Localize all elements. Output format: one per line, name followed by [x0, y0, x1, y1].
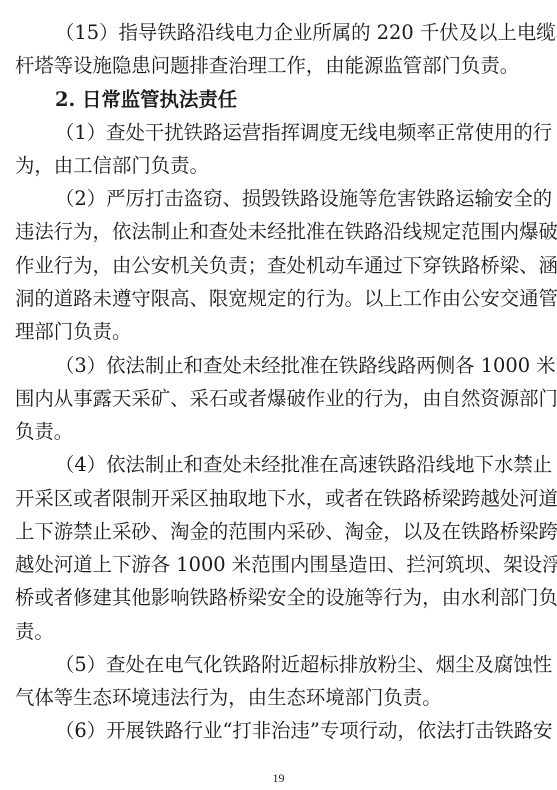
- paragraph-2-line-5: 理部门负责。: [15, 320, 487, 344]
- paragraph-2-line-1: （2）严厉打击盗窃、损毁铁路设施等危害铁路运输安全的: [55, 187, 487, 211]
- paragraph-15-line-2: 杆塔等设施隐患问题排查治理工作，由能源监管部门负责。: [15, 54, 487, 78]
- paragraph-4-line-6: 责。: [15, 620, 487, 644]
- paragraph-5-line-2: 气体等生态环境违法行为，由生态环境部门负责。: [15, 686, 487, 710]
- paragraph-2-line-4: 洞的道路未遵守限高、限宽规定的行为。以上工作由公安交通管: [15, 287, 487, 311]
- paragraph-5-line-1: （5）查处在电气化铁路附近超标排放粉尘、烟尘及腐蚀性: [55, 653, 487, 677]
- paragraph-4-line-1: （4）依法制止和查处未经批准在高速铁路沿线地下水禁止: [55, 453, 487, 477]
- paragraph-4-line-3: 上下游禁止采砂、淘金的范围内采砂、淘金，以及在铁路桥梁跨: [15, 520, 487, 544]
- paragraph-1-line-2: 为，由工信部门负责。: [15, 154, 487, 178]
- paragraph-1-line-1: （1）查处干扰铁路运营指挥调度无线电频率正常使用的行: [55, 121, 487, 145]
- page-number: 19: [0, 771, 557, 786]
- paragraph-15-line-1: （15）指导铁路沿线电力企业所属的 220 千伏及以上电缆、: [55, 21, 487, 45]
- paragraph-4-line-4: 越处河道上下游各 1000 米范围内围垦造田、拦河筑坝、架设浮: [15, 553, 487, 577]
- paragraph-3-line-1: （3）依法制止和查处未经批准在铁路线路两侧各 1000 米范: [55, 354, 487, 378]
- section-heading: 2. 日常监管执法责任: [55, 88, 487, 112]
- paragraph-4-line-5: 桥或者修建其他影响铁路桥梁安全的设施等行为，由水利部门负: [15, 586, 487, 610]
- paragraph-3-line-2: 围内从事露天采矿、采石或者爆破作业的行为，由自然资源部门: [15, 387, 487, 411]
- paragraph-6-line-1: （6）开展铁路行业“打非治违”专项行动，依法打击铁路安: [55, 719, 487, 743]
- paragraph-2-line-2: 违法行为，依法制止和查处未经批准在铁路沿线规定范围内爆破: [15, 220, 487, 244]
- paragraph-3-line-3: 负责。: [15, 420, 487, 444]
- document-page: （15）指导铁路沿线电力企业所属的 220 千伏及以上电缆、 杆塔等设施隐患问题…: [0, 0, 557, 790]
- paragraph-2-line-3: 作业行为，由公安机关负责；查处机动车通过下穿铁路桥梁、涵: [15, 254, 487, 278]
- paragraph-4-line-2: 开采区或者限制开采区抽取地下水，或者在铁路桥梁跨越处河道: [15, 487, 487, 511]
